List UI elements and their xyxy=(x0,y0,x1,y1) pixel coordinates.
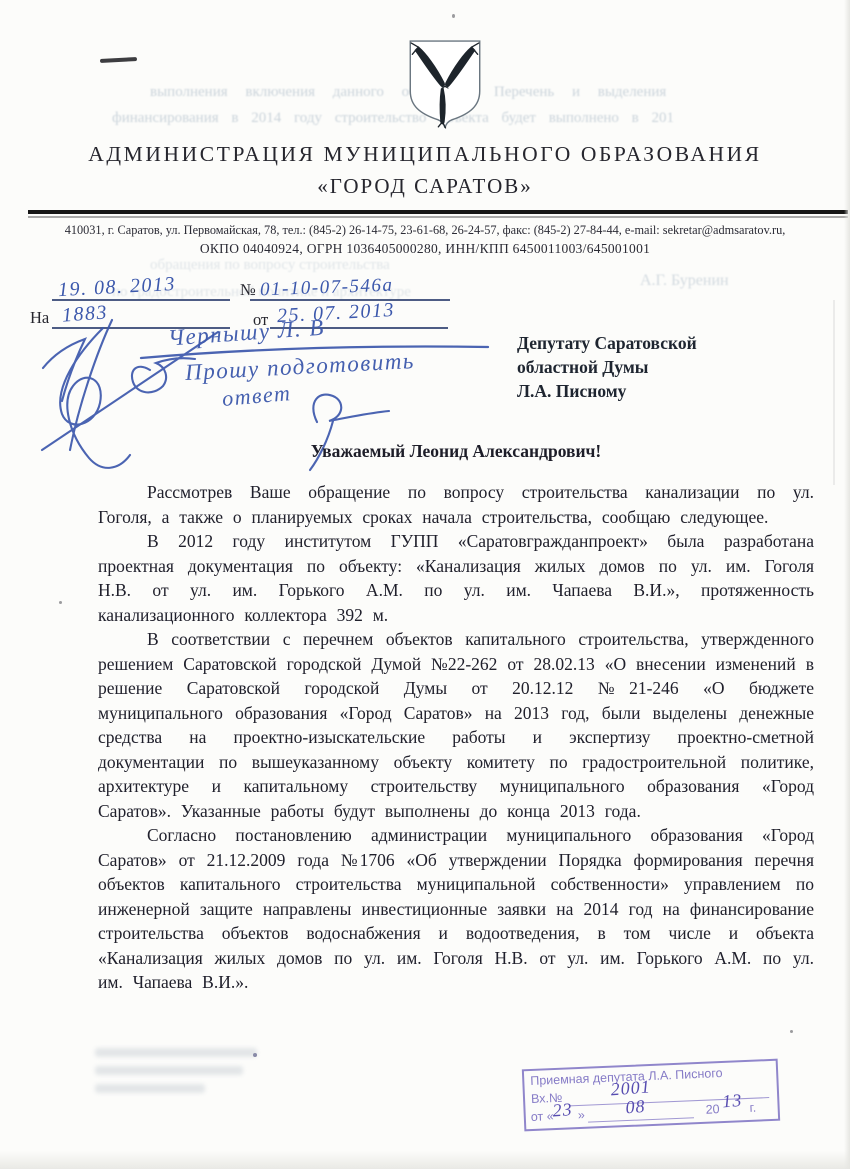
scan-streak xyxy=(833,300,835,485)
contact-line1: 410031, г. Саратов, ул. Первомайская, 78… xyxy=(0,223,850,238)
stamp-date-label: от « xyxy=(531,1109,554,1124)
recipient-line: областной Думы xyxy=(517,355,697,379)
bleedthrough-line xyxy=(95,1084,205,1093)
contact-line2: ОКПО 04040924, ОГРН 1036405000280, ИНН/К… xyxy=(0,241,850,257)
stamp-month-handwritten: 08 xyxy=(625,1096,647,1118)
stamp-day-handwritten: 23 xyxy=(552,1099,574,1121)
body-paragraph: В 2012 году институтом ГУПП «Саратовграж… xyxy=(98,529,814,627)
stamp-year-handwritten: 13 xyxy=(722,1090,744,1112)
bleedthrough-signature: А.Г. Буренин xyxy=(640,272,729,290)
stamp-underline xyxy=(588,1117,694,1123)
stamp-year-prefix: 20 xyxy=(705,1102,719,1117)
bleedthrough-text: обращения по вопросу строительства xyxy=(150,257,390,274)
body-paragraph: Согласно постановлению администрации мун… xyxy=(98,823,814,995)
scan-edge-right xyxy=(844,0,850,1169)
scan-speck xyxy=(452,14,455,18)
letterhead-rule-thick xyxy=(28,210,848,214)
bleedthrough-line xyxy=(95,1066,243,1075)
body-paragraph: В соответствии с перечнем объектов капит… xyxy=(98,627,814,823)
incoming-stamp: Приемная депутата Л.А. Писного Вх.№ 2001… xyxy=(522,1059,780,1132)
scan-edge-bottom xyxy=(0,1151,850,1169)
body-paragraph: Рассмотрев Ваше обращение по вопросу стр… xyxy=(98,480,814,529)
recipient-block: Депутату Саратовской областной Думы Л.А.… xyxy=(517,331,697,403)
scan-speck xyxy=(59,601,62,604)
stamp-quote-close: » xyxy=(577,1108,585,1122)
letter-body: Рассмотрев Ваше обращение по вопросу стр… xyxy=(98,480,814,995)
outgoing-number-handwritten: 01-10-07-546а xyxy=(260,275,394,302)
stamp-year-suffix: г. xyxy=(749,1101,756,1115)
number-label: № xyxy=(240,280,256,300)
org-name-line2: «ГОРОД САРАТОВ» xyxy=(0,174,850,199)
bleedthrough-line xyxy=(95,1048,257,1057)
recipient-line: Депутату Саратовской xyxy=(517,331,697,355)
recipient-line: Л.А. Писному xyxy=(517,379,697,403)
corner-pen-mark xyxy=(100,57,137,63)
coat-of-arms-icon xyxy=(404,38,486,139)
letterhead-rule-thin xyxy=(28,216,848,218)
salutation: Уважаемый Леонид Александрович! xyxy=(98,441,814,462)
ref-underline xyxy=(52,299,230,301)
org-name-line1: АДМИНИСТРАЦИЯ МУНИЦИПАЛЬНОГО ОБРАЗОВАНИЯ xyxy=(0,142,850,167)
scanned-letter-page: выполнения включения данного объекта в П… xyxy=(0,0,850,1169)
scan-speck xyxy=(790,1030,793,1033)
